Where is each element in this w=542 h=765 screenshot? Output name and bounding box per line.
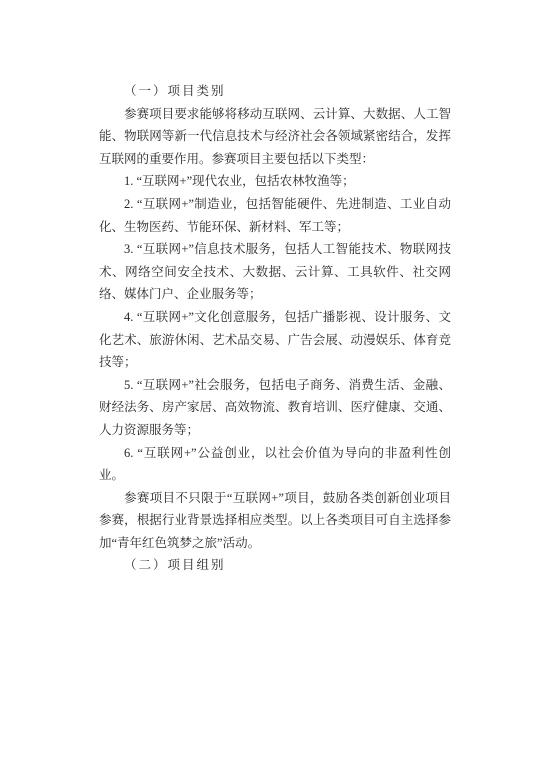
intro-paragraph: 参赛项目要求能够将移动互联网、云计算、大数据、人工智能、物联网等新一代信息技术与…: [99, 103, 451, 171]
list-item-1: 1. “互联网+”现代农业，包括农林牧渔等；: [99, 170, 451, 193]
list-item-5: 5. “互联网+”社会服务，包括电子商务、消费生活、金融、财经法务、房产家居、高…: [99, 374, 451, 442]
closing-paragraph: 参赛项目不只限于“互联网+”项目，鼓励各类创新创业项目参赛，根据行业背景选择相应…: [99, 487, 451, 555]
section-heading-1: （一）项目类别: [99, 80, 451, 103]
list-item-6: 6. “互联网+”公益创业，以社会价值为导向的非盈利性创业。: [99, 442, 451, 487]
list-item-2: 2. “互联网+”制造业，包括智能硬件、先进制造、工业自动化、生物医药、节能环保…: [99, 193, 451, 238]
document-text-block: （一）项目类别 参赛项目要求能够将移动互联网、云计算、大数据、人工智能、物联网等…: [99, 80, 451, 577]
list-item-4: 4. “互联网+”文化创意服务，包括广播影视、设计服务、文化艺术、旅游休闲、艺术…: [99, 306, 451, 374]
list-item-3: 3. “互联网+”信息技术服务，包括人工智能技术、物联网技术、网络空间安全技术、…: [99, 238, 451, 306]
section-heading-2: （二）项目组别: [99, 554, 451, 577]
document-page: （一）项目类别 参赛项目要求能够将移动互联网、云计算、大数据、人工智能、物联网等…: [0, 0, 542, 765]
